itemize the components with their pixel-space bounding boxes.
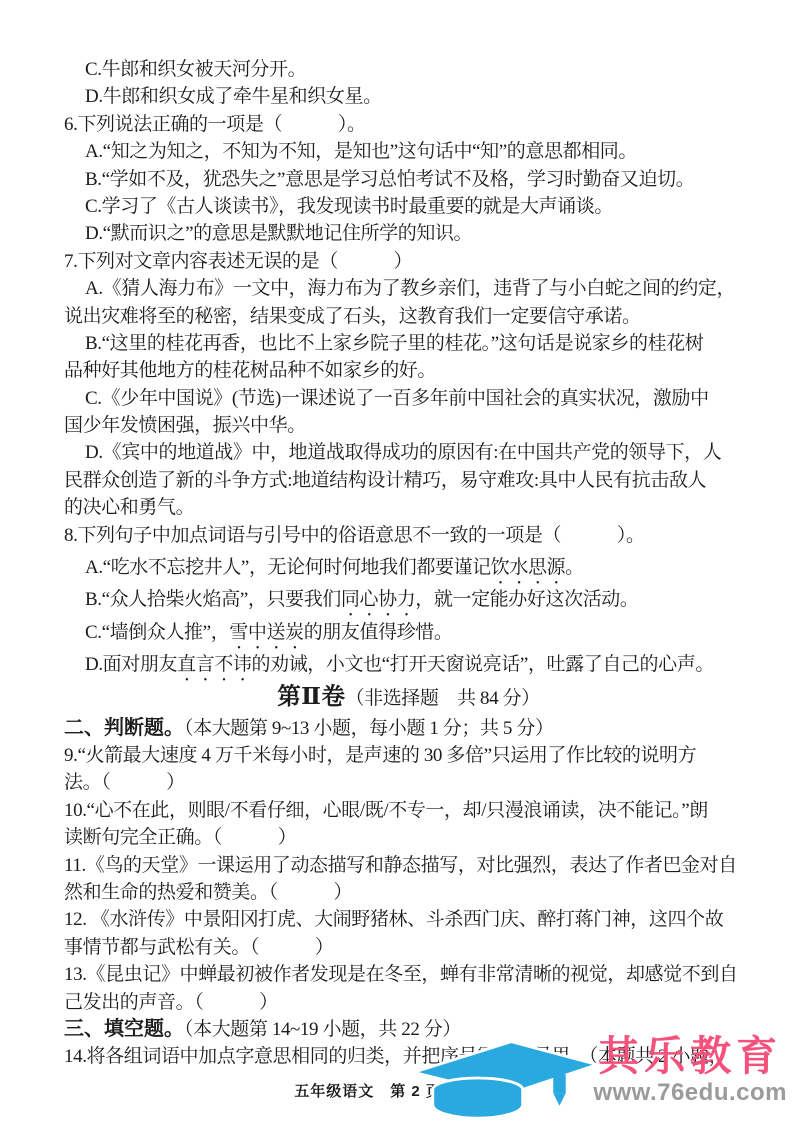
text-segment: D.牛郎和织女成了牵牛星和织女星。	[85, 86, 382, 107]
question-5-option-c: C.牛郎和织女被天河分开。	[64, 56, 753, 83]
question-6-option-d: D.“默而识之”的意思是默默地记住所学的知识。	[64, 220, 753, 247]
question-11-cont: 然和生命的热爱和赞美。（ ）	[64, 879, 753, 906]
text-segment: 8.下列句子中加点词语与引号中的俗语意思不一致的一项是（ ）。	[64, 525, 645, 546]
text-segment: 的朋友值得珍惜。	[304, 622, 453, 643]
text-segment: 二、判断题。	[64, 717, 184, 739]
question-9-cont: 法。（ ）	[64, 769, 753, 796]
text-segment: 说出灾难将至的秘密，结果变成了石头，这教育我们一定要信守承诺。	[64, 306, 641, 327]
logo-website-url: www.76edu.com	[593, 1080, 787, 1106]
text-segment: D.《宾中的地道战》中，地道战取得成功的原因有:在中国共产党的领导下，人	[85, 442, 721, 463]
text-segment: 10.“心不在此，则眼/不看仔细，心眼/既/不专一，却/只漫浪诵读，决不能记。”…	[64, 800, 708, 821]
text-segment: A.“知之为知之，不知为不知，是知也”这句话中“知”的意思都相同。	[85, 141, 637, 162]
qile-education-logo: 其乐教育 www.76edu.com	[402, 1030, 787, 1122]
question-7-option-d-cont1: 民群众创造了新的斗争方式:地道结构设计精巧，易守难攻:具中人民有抗击敌人	[64, 467, 753, 494]
text-segment: 读断句完全正确。（ ）	[64, 827, 296, 848]
text-segment: B.“众人拾柴火焰高”，只要我们	[85, 589, 341, 610]
text-segment: 民群众创造了新的斗争方式:地道结构设计精巧，易守难攻:具中人民有抗击敌人	[64, 470, 706, 491]
text-segment: A.“吃水不忘挖井人”，无论何时何地我们都要谨记	[85, 557, 491, 578]
text-segment: 品种好其他地方的桂花树品种不如家乡的好。	[64, 360, 436, 381]
exam-paper-page: C.牛郎和织女被天河分开。D.牛郎和织女成了牵牛星和织女星。6.下列说法正确的一…	[0, 0, 793, 1122]
text-segment: 第Ⅱ卷	[277, 684, 345, 710]
question-7: 7.下列对文章内容表述无误的是（ ）	[64, 248, 753, 275]
question-8-option-c: C.“墙倒众人推”，雪中送炭的朋友值得珍惜。	[64, 619, 753, 646]
text-segment: C.“墙倒众人推”，	[85, 622, 229, 643]
text-segment: 然和生命的热爱和赞美。（ ）	[64, 882, 352, 903]
question-7-option-a-cont: 说出灾难将至的秘密，结果变成了石头，这教育我们一定要信守承诺。	[64, 303, 753, 330]
part2-title: 第Ⅱ卷（非选择题 共 84 分）	[64, 682, 753, 713]
question-7-option-a: A.《猜人海力布》一文中，海力布为了教乡亲们，违背了与小白蛇之间的约定，	[64, 275, 753, 302]
text-segment: （非选择题 共 84 分）	[346, 688, 540, 709]
emphasized-text: 雪中送炭	[229, 622, 303, 643]
section-2-header: 二、判断题。（本大题第 9~13 小题，每小题 1 分；共 5 分）	[64, 715, 753, 742]
text-segment: A.《猜人海力布》一文中，海力布为了教乡亲们，违背了与小白蛇之间的约定，	[85, 278, 735, 299]
question-7-option-d-cont2: 的决心和勇气。	[64, 494, 753, 521]
question-8: 8.下列句子中加点词语与引号中的俗语意思不一致的一项是（ ）。	[64, 522, 753, 549]
question-10: 10.“心不在此，则眼/不看仔细，心眼/既/不专一，却/只漫浪诵读，决不能记。”…	[64, 797, 753, 824]
question-12-cont: 事情节都与武松有关。（ ）	[64, 934, 753, 961]
text-segment: 11.《鸟的天堂》一课运用了动态描写和静态描写，对比强烈，表达了作者巴金对自	[64, 855, 737, 876]
text-segment: 事情节都与武松有关。（ ）	[64, 937, 334, 958]
text-segment: C.学习了《古人谈读书》，我发现读书时最重要的就是大声诵谈。	[85, 196, 613, 217]
question-11: 11.《鸟的天堂》一课运用了动态描写和静态描写，对比强烈，表达了作者巴金对自	[64, 852, 753, 879]
text-segment: 12. 《水浒传》中景阳冈打虎、大闹野猪林、斗杀西门庆、醉打蒋门神，这四个故	[64, 909, 723, 930]
text-segment: ，就一定能办好这次活动。	[415, 589, 638, 610]
question-12: 12. 《水浒传》中景阳冈打虎、大闹野猪林、斗杀西门庆、醉打蒋门神，这四个故	[64, 906, 753, 933]
text-segment: 己发出的声音。（ ）	[64, 992, 278, 1013]
emphasized-text: 饮水思源	[491, 557, 565, 578]
question-6: 6.下列说法正确的一项是（ ）。	[64, 111, 753, 138]
text-segment: 13.《昆虫记》中蝉最初被作者发现是在冬至，蝉有非常清晰的视觉，却感觉不到自	[64, 964, 738, 985]
question-7-option-b: B.“这里的桂花再香，也比不上家乡院子里的桂花。”这句话是说家乡的桂花树	[64, 330, 753, 357]
question-13: 13.《昆虫记》中蝉最初被作者发现是在冬至，蝉有非常清晰的视觉，却感觉不到自	[64, 961, 753, 988]
text-segment: 6.下列说法正确的一项是（ ）。	[64, 114, 366, 135]
question-9: 9.“火箭最大速度 4 万千米每小时，是声速的 30 多倍”只运用了作比较的说明…	[64, 742, 753, 769]
emphasized-text: 直言不讳	[177, 654, 251, 675]
text-segment: （本大题第 9~13 小题，每小题 1 分；共 5 分）	[184, 718, 554, 739]
text-segment: 三、填空题。	[64, 1018, 184, 1040]
text-segment: B.“这里的桂花再香，也比不上家乡院子里的桂花。”这句话是说家乡的桂花树	[85, 333, 703, 354]
text-segment: D.“默而识之”的意思是默默地记住所学的知识。	[85, 223, 472, 244]
question-13-cont: 己发出的声音。（ ）	[64, 989, 753, 1016]
text-segment: 7.下列对文章内容表述无误的是（ ）	[64, 251, 412, 272]
text-segment: 9.“火箭最大速度 4 万千米每小时，是声速的 30 多倍”只运用了作比较的说明…	[64, 745, 696, 766]
text-segment: B.“学如不及，犹恐失之”意思是学习总怕考试不及格，学习时勤奋又迫切。	[85, 169, 694, 190]
question-8-option-a: A.“吃水不忘挖井人”，无论何时何地我们都要谨记饮水思源。	[64, 554, 753, 581]
emphasized-text: 同心协力	[341, 589, 415, 610]
logo-text-block: 其乐教育 www.76edu.com	[593, 1030, 787, 1106]
question-7-option-d: D.《宾中的地道战》中，地道战取得成功的原因有:在中国共产党的领导下，人	[64, 439, 753, 466]
text-segment: 。	[565, 557, 584, 578]
question-8-option-b: B.“众人拾柴火焰高”，只要我们同心协力，就一定能办好这次活动。	[64, 586, 753, 613]
text-segment: C.《少年中国说》(节选)一课述说了一百多年前中国社会的真实状况，激励中	[85, 388, 709, 409]
question-6-option-b: B.“学如不及，犹恐失之”意思是学习总怕考试不及格，学习时勤奋又迫切。	[64, 166, 753, 193]
graduation-cap-icon	[402, 1034, 607, 1122]
question-6-option-c: C.学习了《古人谈读书》，我发现读书时最重要的就是大声诵谈。	[64, 193, 753, 220]
text-segment: C.牛郎和织女被天河分开。	[85, 59, 306, 80]
question-10-cont: 读断句完全正确。（ ）	[64, 824, 753, 851]
question-7-option-c: C.《少年中国说》(节选)一课述说了一百多年前中国社会的真实状况，激励中	[64, 385, 753, 412]
logo-brand-name: 其乐教育	[598, 1034, 782, 1079]
question-5-option-d: D.牛郎和织女成了牵牛星和织女星。	[64, 83, 753, 110]
text-segment: 的劝诫，小文也“打开天窗说亮话”，吐露了自己的心声。	[251, 654, 713, 675]
text-segment: 法。（ ）	[64, 772, 185, 793]
text-segment: 国少年发愤困强，振兴中华。	[64, 415, 306, 436]
text-segment: D.面对朋友	[85, 654, 177, 675]
question-7-option-c-cont: 国少年发愤困强，振兴中华。	[64, 412, 753, 439]
question-6-option-a: A.“知之为知之，不知为不知，是知也”这句话中“知”的意思都相同。	[64, 138, 753, 165]
question-7-option-b-cont: 品种好其他地方的桂花树品种不如家乡的好。	[64, 357, 753, 384]
question-8-option-d: D.面对朋友直言不讳的劝诫，小文也“打开天窗说亮话”，吐露了自己的心声。	[64, 651, 753, 678]
text-segment: 的决心和勇气。	[64, 497, 194, 518]
document-lines: C.牛郎和织女被天河分开。D.牛郎和织女成了牵牛星和织女星。6.下列说法正确的一…	[64, 56, 753, 1071]
